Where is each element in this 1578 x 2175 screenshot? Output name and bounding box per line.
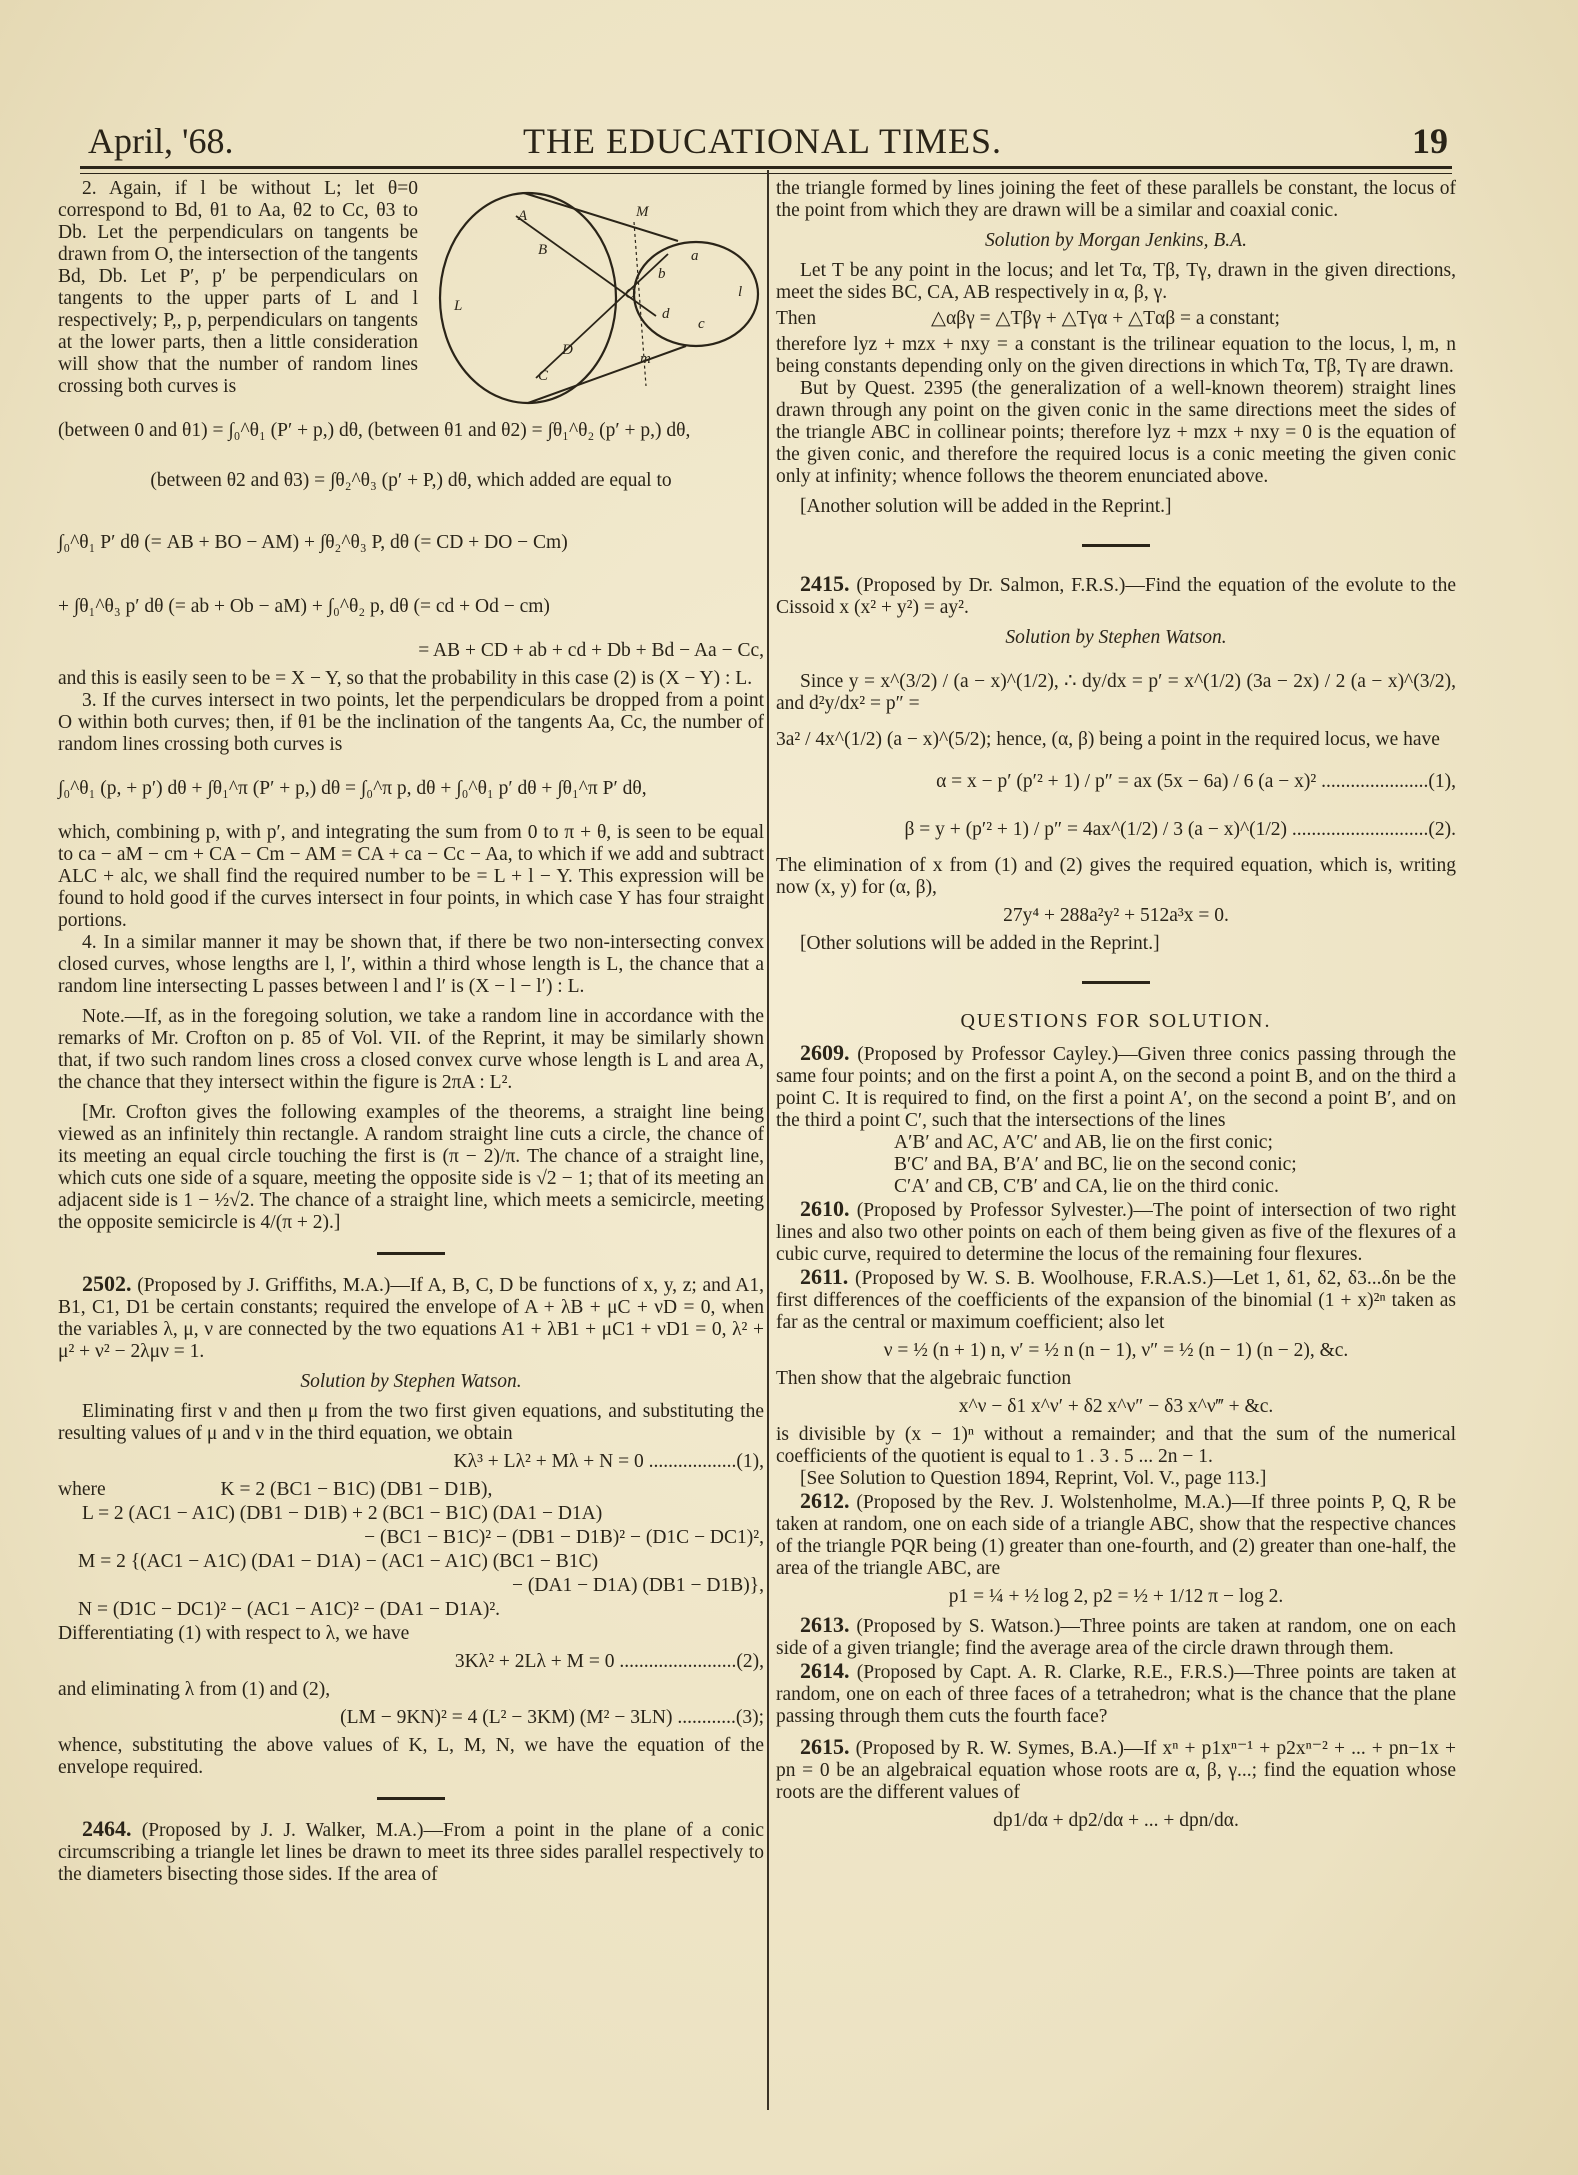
- question-number: 2464.: [82, 1816, 132, 1841]
- two-ovals-diagram: A B M a b O L l d c D C m: [428, 178, 768, 408]
- equation-sum: = AB + CD + ab + cd + Db + Bd − Aa − Cc,: [58, 640, 764, 662]
- definition-M-1: M = 2 {(AC1 − A1C) (DA1 − D1A) − (AC1 − …: [78, 1551, 764, 1573]
- question-2415: 2415. (Proposed by Dr. Salmon, F.R.S.)—F…: [776, 573, 1456, 619]
- question-2611: 2611. (Proposed by W. S. B. Woolhouse, F…: [776, 1266, 1456, 1334]
- newspaper-page: April, '68. THE EDUCATIONAL TIMES. 19 A …: [0, 0, 1578, 2175]
- question-text: (Proposed by W. S. B. Woolhouse, F.R.A.S…: [776, 1268, 1456, 1333]
- question-2611-end: is divisible by (x − 1)ⁿ without a remai…: [776, 1424, 1456, 1468]
- equation-cubic-1: Kλ³ + Lλ² + Mλ + N = 0 .................…: [58, 1451, 764, 1473]
- definition-N: N = (D1C − DC1)² − (AC1 − A1C)² − (DA1 −…: [78, 1599, 764, 1621]
- question-2464-continued: the triangle formed by lines joining the…: [776, 178, 1456, 222]
- solution-2464-p1: Let T be any point in the locus; and let…: [776, 260, 1456, 304]
- evolute-result: 27y⁴ + 288a²y² + 512a³x = 0.: [776, 905, 1456, 927]
- question-2464: 2464. (Proposed by J. J. Walker, M.A.)—F…: [58, 1818, 764, 1886]
- where-label: where: [58, 1479, 106, 1500]
- question-2615: 2615. (Proposed by R. W. Symes, B.A.)—If…: [776, 1736, 1456, 1804]
- page-number: 19: [1412, 120, 1448, 162]
- then-show-text: Then show that the algebraic function: [776, 1368, 1456, 1390]
- section-rule: [1082, 981, 1150, 984]
- question-number: 2612.: [800, 1488, 850, 1513]
- question-number: 2611.: [800, 1264, 848, 1289]
- derivatives-text: Since y = x^(3/2) / (a − x)^(1/2), ∴ dy/…: [776, 671, 1456, 715]
- section-rule: [1082, 544, 1150, 547]
- equation-integrals-3: ∫₀^θ₁ P′ dθ (= AB + BO − AM) + ∫θ₂^θ₃ P,…: [58, 532, 764, 554]
- definition-L-1: L = 2 (AC1 − A1C) (DB1 − D1B) + 2 (BC1 −…: [82, 1503, 764, 1525]
- nu-definitions: ν = ½ (n + 1) n, ν′ = ½ n (n − 1), ν″ = …: [776, 1340, 1456, 1362]
- question-text: (Proposed by R. W. Symes, B.A.)—If xⁿ + …: [776, 1738, 1456, 1803]
- definition-L-2: − (BC1 − B1C)² − (DB1 − D1B)² − (D1C − D…: [58, 1527, 764, 1549]
- derivatives-continued: 3a² / 4x^(1/2) (a − x)^(5/2); hence, (α,…: [776, 729, 1456, 751]
- solution-byline: Solution by Morgan Jenkins, B.A.: [776, 230, 1456, 252]
- question-2613: 2613. (Proposed by S. Watson.)—Three poi…: [776, 1614, 1456, 1660]
- question-number: 2415.: [800, 571, 850, 596]
- solution-2502-intro: Eliminating first ν and then μ from the …: [58, 1401, 764, 1445]
- equation-integrals-2: (between θ2 and θ3) = ∫θ₂^θ₃ (p′ + P,) d…: [58, 470, 764, 492]
- equation-3: (LM − 9KN)² = 4 (L² − 3KM) (M² − 3LN) ..…: [58, 1707, 764, 1729]
- case-4-text: 4. In a similar manner it may be shown t…: [58, 932, 764, 998]
- question-number: 2615.: [800, 1734, 850, 1759]
- svg-text:M: M: [635, 204, 650, 220]
- svg-text:d: d: [662, 306, 670, 322]
- section-rule: [377, 1797, 445, 1800]
- svg-text:c: c: [698, 316, 705, 332]
- column-divider: [767, 170, 769, 2110]
- question-text: (Proposed by Dr. Salmon, F.R.S.)—Find th…: [776, 575, 1456, 618]
- case-3-conclusion: which, combining p, with p′, and integra…: [58, 822, 764, 932]
- question-text: (Proposed by J. J. Walker, M.A.)—From a …: [58, 1820, 764, 1885]
- question-number: 2610.: [800, 1196, 850, 1221]
- question-2610: 2610. (Proposed by Professor Sylvester.)…: [776, 1198, 1456, 1266]
- right-column: the triangle formed by lines joining the…: [776, 178, 1456, 1838]
- eliminating-text: and eliminating λ from (1) and (2),: [58, 1679, 764, 1701]
- question-2614: 2614. (Proposed by Capt. A. R. Clarke, R…: [776, 1660, 1456, 1728]
- question-text: (Proposed by J. Griffiths, M.A.)—If A, B…: [58, 1275, 764, 1362]
- question-text: (Proposed by S. Watson.)—Three points ar…: [776, 1616, 1456, 1659]
- solution-2464-p2: therefore lyz + mzx + nxy = a constant i…: [776, 334, 1456, 378]
- equation-2: 3Kλ² + 2Lλ + M = 0 .....................…: [58, 1651, 764, 1673]
- K-definition: K = 2 (BC1 − B1C) (DB1 − D1B),: [221, 1479, 493, 1500]
- left-column: A B M a b O L l d c D C m 2. Again, if l…: [58, 178, 764, 1886]
- svg-text:a: a: [691, 248, 699, 264]
- probability-values: p1 = ¼ + ½ log 2, p2 = ½ + 1/12 π − log …: [776, 1586, 1456, 1608]
- section-rule: [377, 1252, 445, 1255]
- svg-text:l: l: [738, 284, 742, 300]
- solution-2464-p3: But by Quest. 2395 (the generalization o…: [776, 378, 1456, 488]
- reprint-reference: [See Solution to Question 1894, Reprint,…: [776, 1468, 1456, 1490]
- svg-text:A: A: [517, 208, 528, 224]
- question-text: (Proposed by Capt. A. R. Clarke, R.E., F…: [776, 1662, 1456, 1727]
- svg-text:L: L: [453, 298, 462, 314]
- masthead-title: THE EDUCATIONAL TIMES.: [523, 120, 1002, 162]
- equation-integrals-4: + ∫θ₁^θ₃ p′ dθ (= ab + Ob − aM) + ∫₀^θ₂ …: [58, 596, 764, 618]
- solution-2502-conclusion: whence, substituting the above values of…: [58, 1735, 764, 1779]
- reprint-note: [Another solution will be added in the R…: [776, 496, 1456, 518]
- svg-text:C: C: [538, 368, 549, 384]
- case-2-conclusion: and this is easily seen to be = X − Y, s…: [58, 668, 764, 690]
- definition-M-2: − (DA1 − D1A) (DB1 − D1B)},: [58, 1575, 764, 1597]
- page-header: April, '68. THE EDUCATIONAL TIMES. 19: [88, 118, 1448, 170]
- header-rule: [80, 166, 1452, 174]
- triangle-area-equation: △αβγ = △Tβγ + △Tγα + △Tαβ = a constant;: [931, 308, 1280, 329]
- svg-text:B: B: [538, 242, 547, 258]
- svg-text:O: O: [625, 286, 636, 302]
- conic-tangents-figure: A B M a b O L l d c D C m: [428, 178, 768, 408]
- differentiating-text: Differentiating (1) with respect to λ, w…: [58, 1623, 764, 1645]
- conic-condition-3: C′A′ and CB, C′B′ and CA, lie on the thi…: [894, 1176, 1456, 1198]
- note-paragraph: Note.—If, as in the foregoing solution, …: [58, 1006, 764, 1094]
- question-number: 2609.: [800, 1040, 850, 1065]
- definition-K: where K = 2 (BC1 − B1C) (DB1 − D1B),: [58, 1479, 764, 1501]
- conic-condition-2: B′C′ and BA, B′A′ and BC, lie on the sec…: [894, 1154, 1456, 1176]
- equation-integrals-1: (between 0 and θ1) = ∫₀^θ₁ (P′ + p,) dθ,…: [58, 420, 764, 442]
- reprint-note: [Other solutions will be added in the Re…: [776, 933, 1456, 955]
- question-2609: 2609. (Proposed by Professor Cayley.)—Gi…: [776, 1042, 1456, 1132]
- equation-beta: β = y + (p′² + 1) / p″ = 4ax^(1/2) / 3 (…: [776, 819, 1456, 841]
- algebraic-function: x^ν − δ1 x^ν′ + δ2 x^ν″ − δ3 x^ν‴ + &c.: [776, 1396, 1456, 1418]
- equation-alpha: α = x − p′ (p′² + 1) / p″ = ax (5x − 6a)…: [776, 771, 1456, 793]
- question-text: (Proposed by the Rev. J. Wolstenholme, M…: [776, 1492, 1456, 1579]
- conic-condition-1: A′B′ and AC, A′C′ and AB, lie on the fir…: [894, 1132, 1456, 1154]
- svg-text:D: D: [561, 342, 573, 358]
- question-2502: 2502. (Proposed by J. Griffiths, M.A.)—I…: [58, 1273, 764, 1363]
- svg-text:b: b: [658, 266, 666, 282]
- question-2612: 2612. (Proposed by the Rev. J. Wolstenho…: [776, 1490, 1456, 1580]
- question-number: 2502.: [82, 1271, 132, 1296]
- question-number: 2614.: [800, 1658, 850, 1683]
- question-text: (Proposed by Professor Cayley.)—Given th…: [776, 1044, 1456, 1131]
- crofton-examples: [Mr. Crofton gives the following example…: [58, 1102, 764, 1234]
- derivative-sum: dp1/dα + dp2/dα + ... + dpn/dα.: [776, 1810, 1456, 1832]
- case-3-text: 3. If the curves intersect in two points…: [58, 690, 764, 756]
- questions-for-solution-heading: QUESTIONS FOR SOLUTION.: [776, 1010, 1456, 1032]
- issue-date: April, '68.: [88, 120, 233, 162]
- solution-byline: Solution by Stephen Watson.: [58, 1371, 764, 1393]
- solution-byline: Solution by Stephen Watson.: [776, 627, 1456, 649]
- svg-text:m: m: [640, 351, 651, 367]
- equation-case-3: ∫₀^θ₁ (p, + p′) dθ + ∫θ₁^π (P′ + p,) dθ …: [58, 778, 764, 800]
- elimination-text: The elimination of x from (1) and (2) gi…: [776, 855, 1456, 899]
- then-label: Then: [776, 308, 816, 329]
- question-number: 2613.: [800, 1612, 850, 1637]
- question-text: (Proposed by Professor Sylvester.)—The p…: [776, 1200, 1456, 1265]
